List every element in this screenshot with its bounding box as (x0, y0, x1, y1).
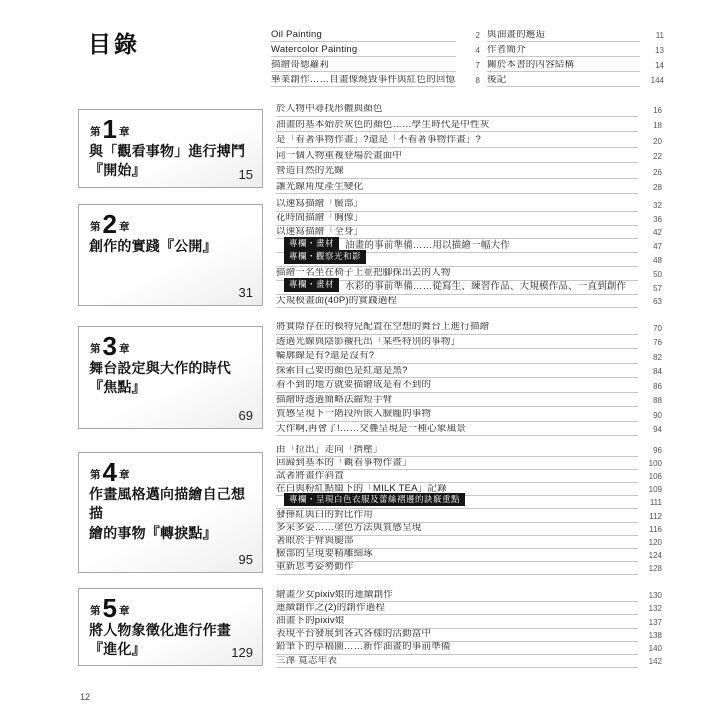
entry-rule: 試著將畫作斜置 (276, 471, 638, 484)
toc-entry-row: 油畫下的pixiv娘 137 (276, 615, 662, 628)
toc-entry-row: 於人物中尋找形體與顏色 16 (276, 101, 662, 117)
entry-title: 以速寫描繪「全身」 (276, 227, 363, 237)
chapter-number: 第2章 (90, 214, 262, 235)
entry-page-number: 18 (638, 122, 662, 132)
chapter-title: 作畫風格邁向描繪自己想描 (89, 486, 258, 525)
chapter-number: 第5章 (90, 598, 262, 619)
entry-title: 將實際存在的模特兒配置在空想的舞台上進行描繪 (276, 322, 489, 332)
entry-rule: 多采多姿……塗色方法與質感呈現 (276, 523, 638, 536)
entry-title: 是「看著事物作畫」?還是「不看著事物作畫」? (276, 135, 481, 145)
entry-title: 鉛筆下的草稿圖……新作油畫的事前準備 (276, 642, 451, 652)
toc-entry-row: Watercolor Painting 4 (271, 42, 480, 57)
toc-entry-row: 質感呈現下一階段所嵌入臉龐的事物 90 (276, 407, 662, 422)
entry-rule: 表現平台發展到各式各樣的活動當中 (276, 629, 638, 642)
entry-title: 質感呈現下一階段所嵌入臉龐的事物 (276, 409, 431, 419)
toc-entry-row: 輪廓線是有?還是沒有? 82 (276, 349, 662, 364)
entry-rule: 同一個人物重複登場於畫面中 (276, 151, 638, 164)
entry-title: 水彩的事前準備……從寫生、練習作品、大規模作品、一直到創作 (345, 282, 626, 292)
entry-title: 三澤 寬志年表 (276, 656, 337, 666)
entry-title: 透過光線與陰影襯托出「某些特別的事物」 (276, 337, 460, 347)
entry-rule: 畢業創作……自畫像燒毀事件與紅色的回憶 (271, 75, 456, 88)
entry-page-number: 111 (638, 499, 662, 509)
toc-entry-row: 探索自己要的顏色是紅還是黑? 84 (276, 364, 662, 379)
toc-entry-row: 三澤 寬志年表 142 (276, 655, 662, 668)
entry-page-number: 7 (456, 62, 480, 72)
entry-page-number: 130 (638, 592, 662, 602)
entry-rule: 以速寫描繪「臉部」 (276, 199, 638, 212)
chapter-2-entries: 以速寫描繪「臉部」 32 花時間描繪「胸像」 36 以速寫描繪「全身」 42 專… (276, 198, 662, 308)
entry-page-number: 48 (638, 257, 662, 267)
entry-rule: 作者簡介 (487, 45, 640, 58)
column-badge: 專欄・畫材 (284, 237, 339, 251)
entry-rule: 關於本書的內容結構 (487, 60, 640, 73)
entry-title: 描繪一名坐在椅子上並把腳探出去的人物 (276, 268, 451, 278)
entry-page-number: 116 (638, 526, 662, 536)
entry-rule: 後記 (487, 75, 640, 88)
entry-title: 油畫的基本始於灰色的顏色……學生時代是中性灰 (276, 120, 489, 130)
toc-page: 目錄 Oil Painting 2 Watercolor Painting 4 … (0, 0, 717, 717)
entry-rule: 繪畫少女pixiv娘的連續創作 (276, 590, 638, 603)
toc-entry-row: 鉛筆下的草稿圖……新作油畫的事前準備 140 (276, 642, 662, 655)
entry-page-number: 14 (640, 62, 664, 72)
intro-list-left: Oil Painting 2 Watercolor Painting 4 描繪哥… (271, 27, 480, 87)
entry-title: 營造自然的光線 (276, 166, 344, 176)
chapter-subtitle: 繪的事物『轉捩點』 (89, 525, 258, 545)
entry-title: 繪畫少女pixiv娘的連續創作 (276, 590, 393, 600)
chapter-box-2: 第2章 創作的實踐『公開』 31 (78, 204, 263, 306)
entry-title: 表現平台發展到各式各樣的活動當中 (276, 629, 431, 639)
entry-page-number: 86 (638, 383, 662, 393)
entry-rule: 與油畫的邂逅 (487, 30, 640, 43)
entry-rule: 油畫下的pixiv娘 (276, 616, 638, 629)
chapter-page-number: 31 (239, 285, 253, 300)
toc-entry-row: 重新思考姿勢動作 128 (276, 562, 662, 575)
entry-title: 重新思考姿勢動作 (276, 562, 354, 572)
chapter-page-number: 69 (239, 408, 253, 423)
entry-title: 發揮紅與白的對比作用 (276, 510, 373, 520)
entry-page-number: 70 (638, 325, 662, 335)
entry-rule: 重新思考姿勢動作 (276, 562, 638, 575)
entry-rule: 專欄・呈現白色衣服及蕾絲褶邊的訣竅重點 (276, 493, 638, 510)
entry-rule: 是「看著事物作畫」?還是「不看著事物作畫」? (276, 135, 638, 148)
entry-page-number: 8 (456, 77, 480, 87)
entry-page-number: 82 (638, 354, 662, 364)
entry-page-number: 36 (638, 216, 662, 226)
entry-rule: 連續創作之(2)的創作過程 (276, 603, 638, 616)
entry-title: 作者簡介 (487, 45, 526, 55)
chapter-subtitle: 『開始』 (89, 162, 258, 182)
entry-title: 油畫的事前準備……用以描繪一幅大作 (345, 241, 510, 251)
entry-rule: 鉛筆下的草稿圖……新作油畫的事前準備 (276, 642, 638, 655)
chapter-page-number: 95 (239, 552, 253, 567)
entry-rule: 透過光線與陰影襯托出「某些特別的事物」 (276, 337, 638, 350)
toc-entry-row: 臉部的呈現要精雕細琢 124 (276, 549, 662, 562)
chapter-subtitle: 『焦點』 (89, 379, 258, 399)
entry-rule: 專欄・畫材水彩的事前準備……從寫生、練習作品、大規模作品、一直到創作 (276, 278, 638, 295)
entry-page-number: 138 (638, 632, 662, 642)
entry-title: 關於本書的內容結構 (487, 60, 574, 70)
toc-entry-row: 表現平台發展到各式各樣的活動當中 138 (276, 629, 662, 642)
entry-rule: 質感呈現下一階段所嵌入臉龐的事物 (276, 409, 638, 422)
toc-entry-row: 以速寫描繪「臉部」 32 (276, 198, 662, 212)
entry-page-number: 84 (638, 368, 662, 378)
chapter-box-3: 第3章 舞台設定與大作的時代 『焦點』 69 (78, 326, 263, 429)
toc-entry-row: 是「看著事物作畫」?還是「不看著事物作畫」? 20 (276, 132, 662, 148)
toc-entry-row: 畢業創作……自畫像燒毀事件與紅色的回憶 8 (271, 72, 480, 87)
toc-entry-row: 描繪哥德蘿莉 7 (271, 57, 480, 72)
entry-title: 多采多姿……塗色方法與質感呈現 (276, 523, 422, 533)
column-badge: 專欄・呈現白色衣服及蕾絲褶邊的訣竅重點 (284, 493, 465, 507)
column-badge: 專欄・畫材 (284, 278, 339, 292)
entry-rule: 油畫的基本始於灰色的顏色……學生時代是中性灰 (276, 120, 638, 133)
entry-title: 看不到的地方就要描繪成是看不到的 (276, 380, 431, 390)
entry-page-number: 32 (638, 202, 662, 212)
entry-title: 大作啊,再會了!……交疊呈現是一種心象風景 (276, 424, 466, 434)
chapter-5-entries: 繪畫少女pixiv娘的連續創作 130 連續創作之(2)的創作過程 132 油畫… (276, 589, 662, 668)
entry-page-number: 26 (638, 169, 662, 179)
entry-page-number: 20 (638, 138, 662, 148)
toc-entry-row: 大作啊,再會了!……交疊呈現是一種心象風景 94 (276, 422, 662, 437)
entry-page-number: 96 (638, 447, 662, 457)
entry-title: 後記 (487, 75, 506, 85)
toc-entry-row: 花時間描繪「胸像」 36 (276, 212, 662, 226)
chapter-4-entries: 由「拉出」走向「擠壓」 96 回歸到基本的「觀看事物作畫」 100 試著將畫作斜… (276, 444, 662, 575)
toc-entry-row: 營造自然的光線 26 (276, 163, 662, 179)
entry-title: 輪廓線是有?還是沒有? (276, 351, 374, 361)
entry-title: 花時間描繪「胸像」 (276, 213, 363, 223)
toc-entry-row: 透過光線與陰影襯托出「某些特別的事物」 76 (276, 335, 662, 350)
chapter-page-number: 15 (239, 167, 253, 182)
entry-page-number: 100 (638, 460, 662, 470)
entry-rule: 營造自然的光線 (276, 166, 638, 179)
chapter-number: 第4章 (90, 462, 262, 483)
toc-entry-row: 試著將畫作斜置 106 (276, 470, 662, 483)
toc-entry-row: 專欄・觀察光和影 48 (276, 253, 662, 267)
entry-title: 由「拉出」走向「擠壓」 (276, 445, 383, 455)
toc-entry-row: 讓光線角度產生變化 28 (276, 179, 662, 195)
intro-list-right: 與油畫的邂逅 11 作者簡介 13 關於本書的內容結構 14 後記 144 (487, 27, 664, 87)
toc-entry-row: 發揮紅與白的對比作用 112 (276, 509, 662, 522)
toc-entry-row: 多采多姿……塗色方法與質感呈現 116 (276, 523, 662, 536)
entry-page-number: 28 (638, 184, 662, 194)
toc-entry-row: 油畫的基本始於灰色的顏色……學生時代是中性灰 18 (276, 117, 662, 133)
toc-entry-row: 後記 144 (487, 72, 664, 87)
toc-entry-row: 大規模畫面(40P)的實踐過程 63 (276, 295, 662, 309)
entry-title: 讓光線角度產生變化 (276, 182, 363, 192)
entry-page-number: 94 (638, 426, 662, 436)
entry-rule: Watercolor Painting (271, 45, 456, 58)
entry-page-number: 50 (638, 271, 662, 281)
chapter-number: 第1章 (90, 119, 262, 140)
page-title: 目錄 (88, 26, 140, 59)
entry-page-number: 137 (638, 619, 662, 629)
entry-title: 連續創作之(2)的創作過程 (276, 603, 385, 613)
entry-title: 在白與粉紅點綴下的「MILK TEA」記錄 (276, 484, 447, 494)
chapter-box-1: 第1章 與「觀看事物」進行搏鬥 『開始』 15 (78, 109, 263, 188)
entry-page-number: 120 (638, 539, 662, 549)
chapter-title: 將人物象徵化進行作畫 (89, 622, 258, 642)
entry-title: 試著將畫作斜置 (276, 471, 344, 481)
entry-rule: Oil Painting (271, 30, 456, 43)
entry-page-number: 106 (638, 473, 662, 483)
entry-title: 大規模畫面(40P)的實踐過程 (276, 296, 397, 306)
entry-page-number: 4 (456, 47, 480, 57)
entry-title: 與油畫的邂逅 (487, 30, 545, 40)
entry-title: Watercolor Painting (271, 45, 357, 55)
entry-page-number: 112 (638, 513, 662, 523)
entry-rule: 輪廓線是有?還是沒有? (276, 351, 638, 364)
entry-page-number: 63 (638, 298, 662, 308)
entry-page-number: 57 (638, 285, 662, 295)
entry-page-number: 140 (638, 645, 662, 655)
toc-entry-row: 專欄・呈現白色衣服及蕾絲褶邊的訣竅重點 111 (276, 496, 662, 509)
entry-title: 回歸到基本的「觀看事物作畫」 (276, 458, 412, 468)
entry-rule: 於人物中尋找形體與顏色 (276, 104, 638, 117)
entry-page-number: 142 (638, 658, 662, 668)
toc-entry-row: 將實際存在的模特兒配置在空想的舞台上進行描繪 70 (276, 320, 662, 335)
entry-rule: 將實際存在的模特兒配置在空想的舞台上進行描繪 (276, 322, 638, 335)
entry-title: 同一個人物重複登場於畫面中 (276, 151, 402, 161)
entry-page-number: 13 (640, 47, 664, 57)
entry-page-number: 90 (638, 412, 662, 422)
chapter-1-entries: 於人物中尋找形體與顏色 16 油畫的基本始於灰色的顏色……學生時代是中性灰 18… (276, 101, 662, 194)
toc-entry-row: 同一個人物重複登場於畫面中 22 (276, 148, 662, 164)
folio-page-number: 12 (80, 692, 90, 702)
toc-entry-row: 連續創作之(2)的創作過程 132 (276, 602, 662, 615)
entry-page-number: 42 (638, 229, 662, 239)
entry-page-number: 22 (638, 153, 662, 163)
entry-rule: 花時間描繪「胸像」 (276, 213, 638, 226)
entry-page-number: 76 (638, 339, 662, 349)
entry-title: 描繪時透過簡略法縮短手臂 (276, 395, 392, 405)
entry-rule: 臉部的呈現要精雕細琢 (276, 549, 638, 562)
entry-page-number: 47 (638, 243, 662, 253)
entry-rule: 讓光線角度產生變化 (276, 182, 638, 195)
column-badge: 專欄・觀察光和影 (284, 250, 366, 264)
toc-entry-row: 作者簡介 13 (487, 42, 664, 57)
chapter-title: 舞台設定與大作的時代 (89, 360, 258, 380)
entry-page-number: 132 (638, 605, 662, 615)
toc-entry-row: 回歸到基本的「觀看事物作畫」 100 (276, 457, 662, 470)
entry-rule: 看不到的地方就要描繪成是看不到的 (276, 380, 638, 393)
entry-rule: 回歸到基本的「觀看事物作畫」 (276, 458, 638, 471)
entry-rule: 探索自己要的顏色是紅還是黑? (276, 366, 638, 379)
toc-entry-row: 繪畫少女pixiv娘的連續創作 130 (276, 589, 662, 602)
entry-title: 於人物中尋找形體與顏色 (276, 104, 383, 114)
toc-entry-row: 著眼於手臂與腿部 120 (276, 536, 662, 549)
chapter-title: 創作的實踐『公開』 (89, 238, 258, 258)
entry-page-number: 109 (638, 486, 662, 496)
entry-page-number: 2 (456, 32, 480, 42)
entry-page-number: 128 (638, 565, 662, 575)
entry-rule: 著眼於手臂與腿部 (276, 536, 638, 549)
chapter-3-entries: 將實際存在的模特兒配置在空想的舞台上進行描繪 70 透過光線與陰影襯托出「某些特… (276, 320, 662, 436)
entry-rule: 描繪時透過簡略法縮短手臂 (276, 395, 638, 408)
toc-entry-row: 關於本書的內容結構 14 (487, 57, 664, 72)
entry-rule: 發揮紅與白的對比作用 (276, 510, 638, 523)
chapter-title: 與「觀看事物」進行搏鬥 (89, 143, 258, 163)
entry-title: Oil Painting (271, 30, 322, 40)
entry-page-number: 124 (638, 552, 662, 562)
toc-entry-row: 描繪時透過簡略法縮短手臂 88 (276, 393, 662, 408)
toc-entry-row: 由「拉出」走向「擠壓」 96 (276, 444, 662, 457)
entry-rule: 專欄・觀察光和影 (276, 250, 638, 267)
entry-title: 臉部的呈現要精雕細琢 (276, 549, 373, 559)
entry-rule: 由「拉出」走向「擠壓」 (276, 445, 638, 458)
entry-rule: 描繪哥德蘿莉 (271, 60, 456, 73)
chapter-page-number: 129 (231, 645, 253, 660)
chapter-box-5: 第5章 將人物象徵化進行作畫 『進化』 129 (78, 588, 263, 666)
toc-entry-row: 專欄・畫材水彩的事前準備……從寫生、練習作品、大規模作品、一直到創作 57 (276, 281, 662, 295)
toc-entry-row: Oil Painting 2 (271, 27, 480, 42)
entry-page-number: 144 (640, 77, 664, 87)
entry-title: 油畫下的pixiv娘 (276, 616, 345, 626)
chapter-number: 第3章 (90, 336, 262, 357)
entry-rule: 大作啊,再會了!……交疊呈現是一種心象風景 (276, 424, 638, 437)
entry-page-number: 16 (638, 107, 662, 117)
entry-rule: 大規模畫面(40P)的實踐過程 (276, 296, 638, 309)
entry-title: 探索自己要的顏色是紅還是黑? (276, 366, 408, 376)
chapter-box-4: 第4章 作畫風格邁向描繪自己想描 繪的事物『轉捩點』 95 (78, 452, 263, 573)
entry-title: 以速寫描繪「臉部」 (276, 199, 363, 209)
entry-rule: 三澤 寬志年表 (276, 656, 638, 669)
entry-page-number: 88 (638, 397, 662, 407)
entry-title: 著眼於手臂與腿部 (276, 536, 354, 546)
entry-title: 描繪哥德蘿莉 (271, 60, 329, 70)
toc-entry-row: 與油畫的邂逅 11 (487, 27, 664, 42)
toc-entry-row: 看不到的地方就要描繪成是看不到的 86 (276, 378, 662, 393)
entry-title: 畢業創作……自畫像燒毀事件與紅色的回憶 (271, 75, 455, 85)
entry-page-number: 11 (640, 32, 664, 42)
